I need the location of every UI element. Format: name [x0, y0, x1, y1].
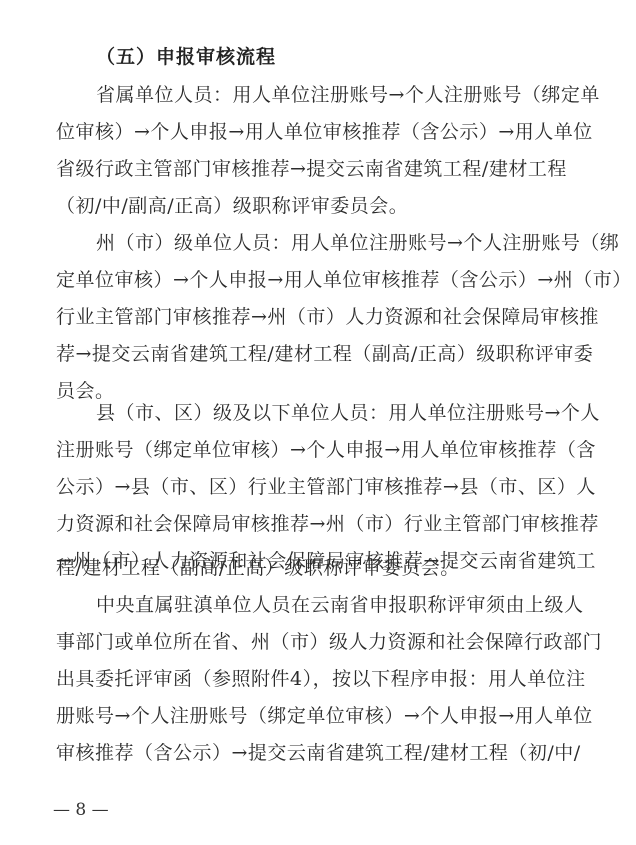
text-line: 审核推荐（含公示）→提交云南省建筑工程/建材工程（初/中/: [56, 740, 558, 766]
text-line: 定单位审核）→个人申报→用人单位审核推荐（含公示）→州（市）: [56, 267, 558, 293]
text-line: 册账号→个人注册账号（绑定单位审核）→个人申报→用人单位: [56, 703, 558, 729]
text-line: 省级行政主管部门审核推荐→提交云南省建筑工程/建材工程: [56, 156, 558, 182]
text-line: 州（市）级单位人员：用人单位注册账号→个人注册账号（绑: [96, 230, 558, 256]
page-number: — 8 —: [53, 799, 109, 821]
section-heading: （五）申报审核流程: [96, 44, 276, 70]
text-line: 荐→提交云南省建筑工程/建材工程（副高/正高）级职称评审委: [56, 341, 558, 367]
text-line: 行业主管部门审核推荐→州（市）人力资源和社会保障局审核推: [56, 304, 558, 330]
text-line: 省属单位人员：用人单位注册账号→个人注册账号（绑定单: [96, 82, 558, 108]
text-line: 注册账号（绑定单位审核）→个人申报→用人单位审核推荐（含: [56, 437, 558, 463]
text-line: 程/建材工程（副高/正高）级职称评审委员会。: [56, 555, 558, 581]
text-line: 力资源和社会保障局审核推荐→州（市）行业主管部门审核推荐: [56, 511, 558, 537]
text-line: 事部门或单位所在省、州（市）级人力资源和社会保障行政部门: [56, 629, 558, 655]
text-line: （初/中/副高/正高）级职称评审委员会。: [56, 193, 558, 219]
text-line: 县（市、区）级及以下单位人员：用人单位注册账号→个人: [96, 400, 558, 426]
document-page: （五）申报审核流程 省属单位人员：用人单位注册账号→个人注册账号（绑定单 位审核…: [0, 0, 636, 845]
text-line: 位审核）→个人申报→用人单位审核推荐（含公示）→用人单位: [56, 119, 558, 145]
text-line: 出具委托评审函（参照附件4），按以下程序申报：用人单位注: [56, 666, 558, 692]
text-line: 中央直属驻滇单位人员在云南省申报职称评审须由上级人: [96, 592, 558, 618]
text-line: 公示）→县（市、区）行业主管部门审核推荐→县（市、区）人: [56, 474, 558, 500]
